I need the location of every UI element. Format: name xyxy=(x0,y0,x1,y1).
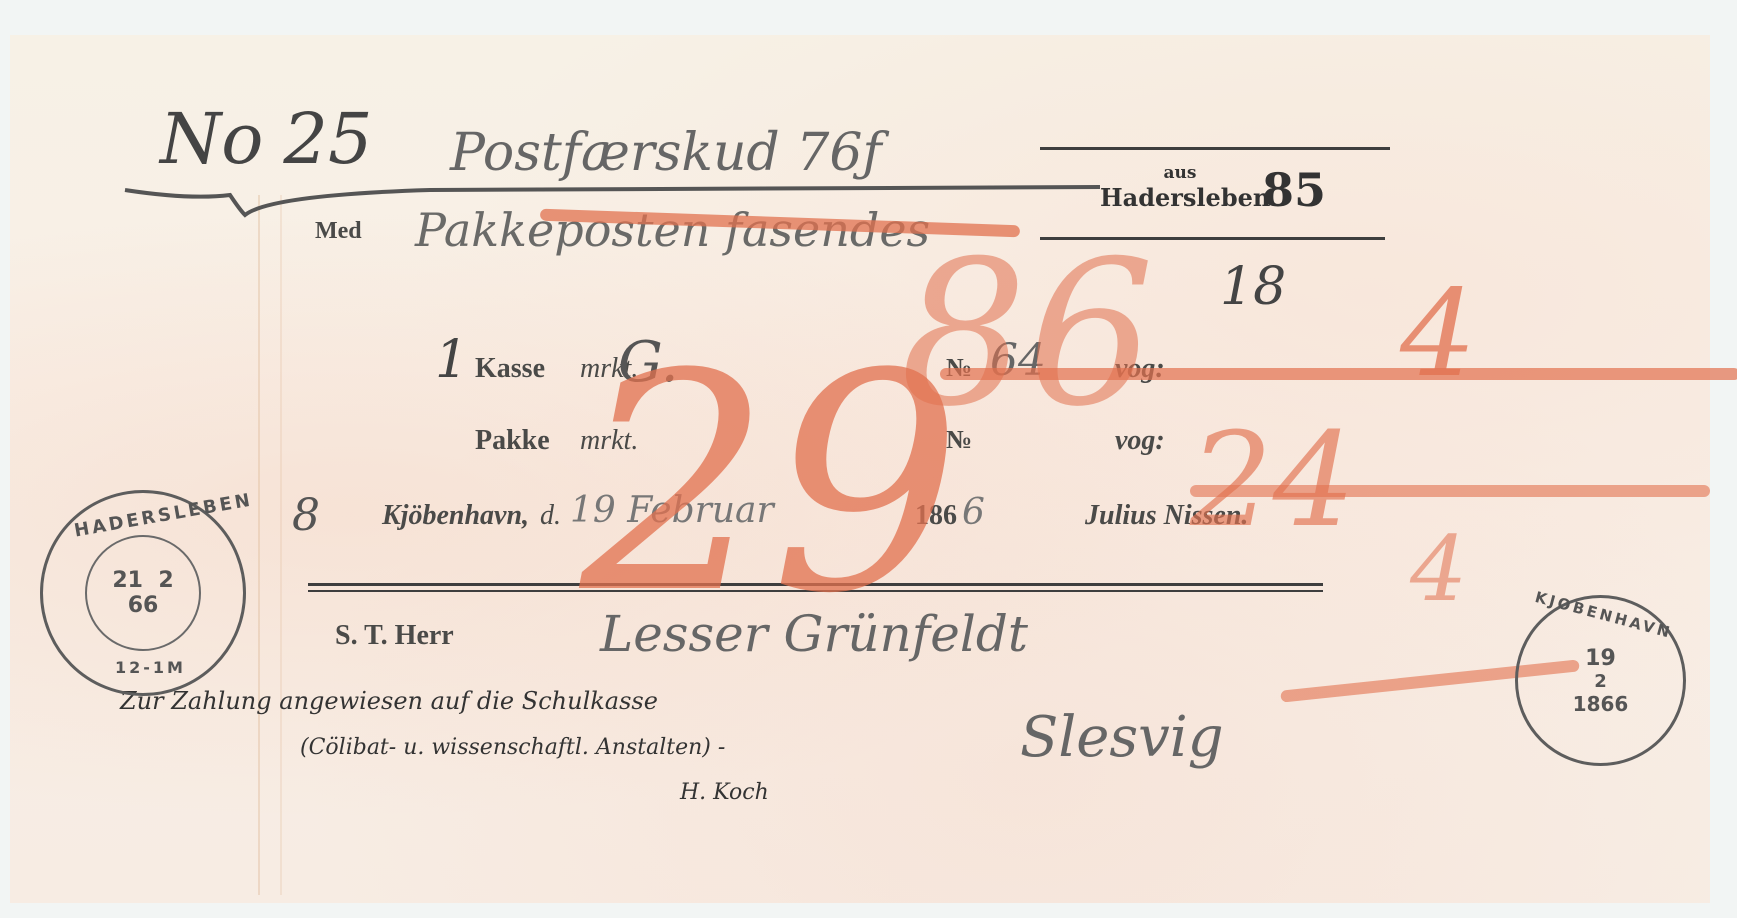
annotation-line2: (Cölibat- u. wissenschaftl. Anstalten) - xyxy=(300,735,725,760)
annotation-signature: H. Koch xyxy=(680,780,769,805)
red-mark-24: 24 xyxy=(1190,415,1355,545)
origin-prefix: aus xyxy=(1100,163,1260,183)
date-d-label: d. xyxy=(540,500,561,532)
red-mark-4b: 4 xyxy=(1410,525,1467,615)
count-mark: 1 xyxy=(435,330,468,390)
place-mark: 8 xyxy=(292,490,320,541)
med-label: Med xyxy=(315,218,362,245)
red-mark-4: 4 xyxy=(1400,275,1476,395)
origin-number: 85 xyxy=(1262,163,1326,217)
fold-line xyxy=(280,195,282,895)
postmark-month: 2 xyxy=(158,568,173,593)
form-number: No​25 xyxy=(160,97,372,180)
postmark-year: 1866 xyxy=(1573,692,1629,716)
postmark-day: 19 xyxy=(1585,646,1616,671)
postmark-kjobenhavn: 19 2 1866 KJOBENHAVN xyxy=(1515,595,1686,766)
postmark-day: 21 xyxy=(112,568,143,593)
annotation-line1: Zur Zahlung angewiesen auf die Schulkass… xyxy=(120,687,658,715)
pakke-label: Pakke xyxy=(475,425,550,457)
number-label: No xyxy=(160,98,263,180)
fold-line xyxy=(258,195,260,895)
addressee-city: Slesvig xyxy=(1020,705,1224,770)
postmark-year: 66 xyxy=(128,593,159,618)
postmark-time: 12-1M xyxy=(115,658,186,677)
header-handwritten: Postfærskud 76ƒ xyxy=(450,123,882,183)
postmark-name: KJOBENHAVN xyxy=(1533,588,1674,642)
origin-place: Hadersleben xyxy=(1100,183,1260,212)
count-mark: 18 xyxy=(1220,257,1286,317)
red-strike xyxy=(1190,485,1710,497)
origin-label: aus Hadersleben xyxy=(1100,163,1260,212)
place-printed: Kjöbenhavn, xyxy=(382,500,529,532)
origin-top-rule xyxy=(1040,147,1390,150)
red-mark-86: 86 xyxy=(900,235,1155,435)
document-page: No​25 Postfærskud 76ƒ aus Hadersleben 85… xyxy=(10,35,1710,903)
number-value: 25 xyxy=(283,98,372,180)
postmark-month: 2 xyxy=(1594,671,1607,692)
kasse-label: Kasse xyxy=(475,353,545,385)
addressee-label: S. T. Herr xyxy=(335,620,454,652)
year-handwritten: 6 xyxy=(962,492,985,533)
postmark-hadersleben: 21 2 66 HADERSLEBEN 12-1M xyxy=(40,490,246,696)
postmark-name: HADERSLEBEN xyxy=(73,489,255,541)
